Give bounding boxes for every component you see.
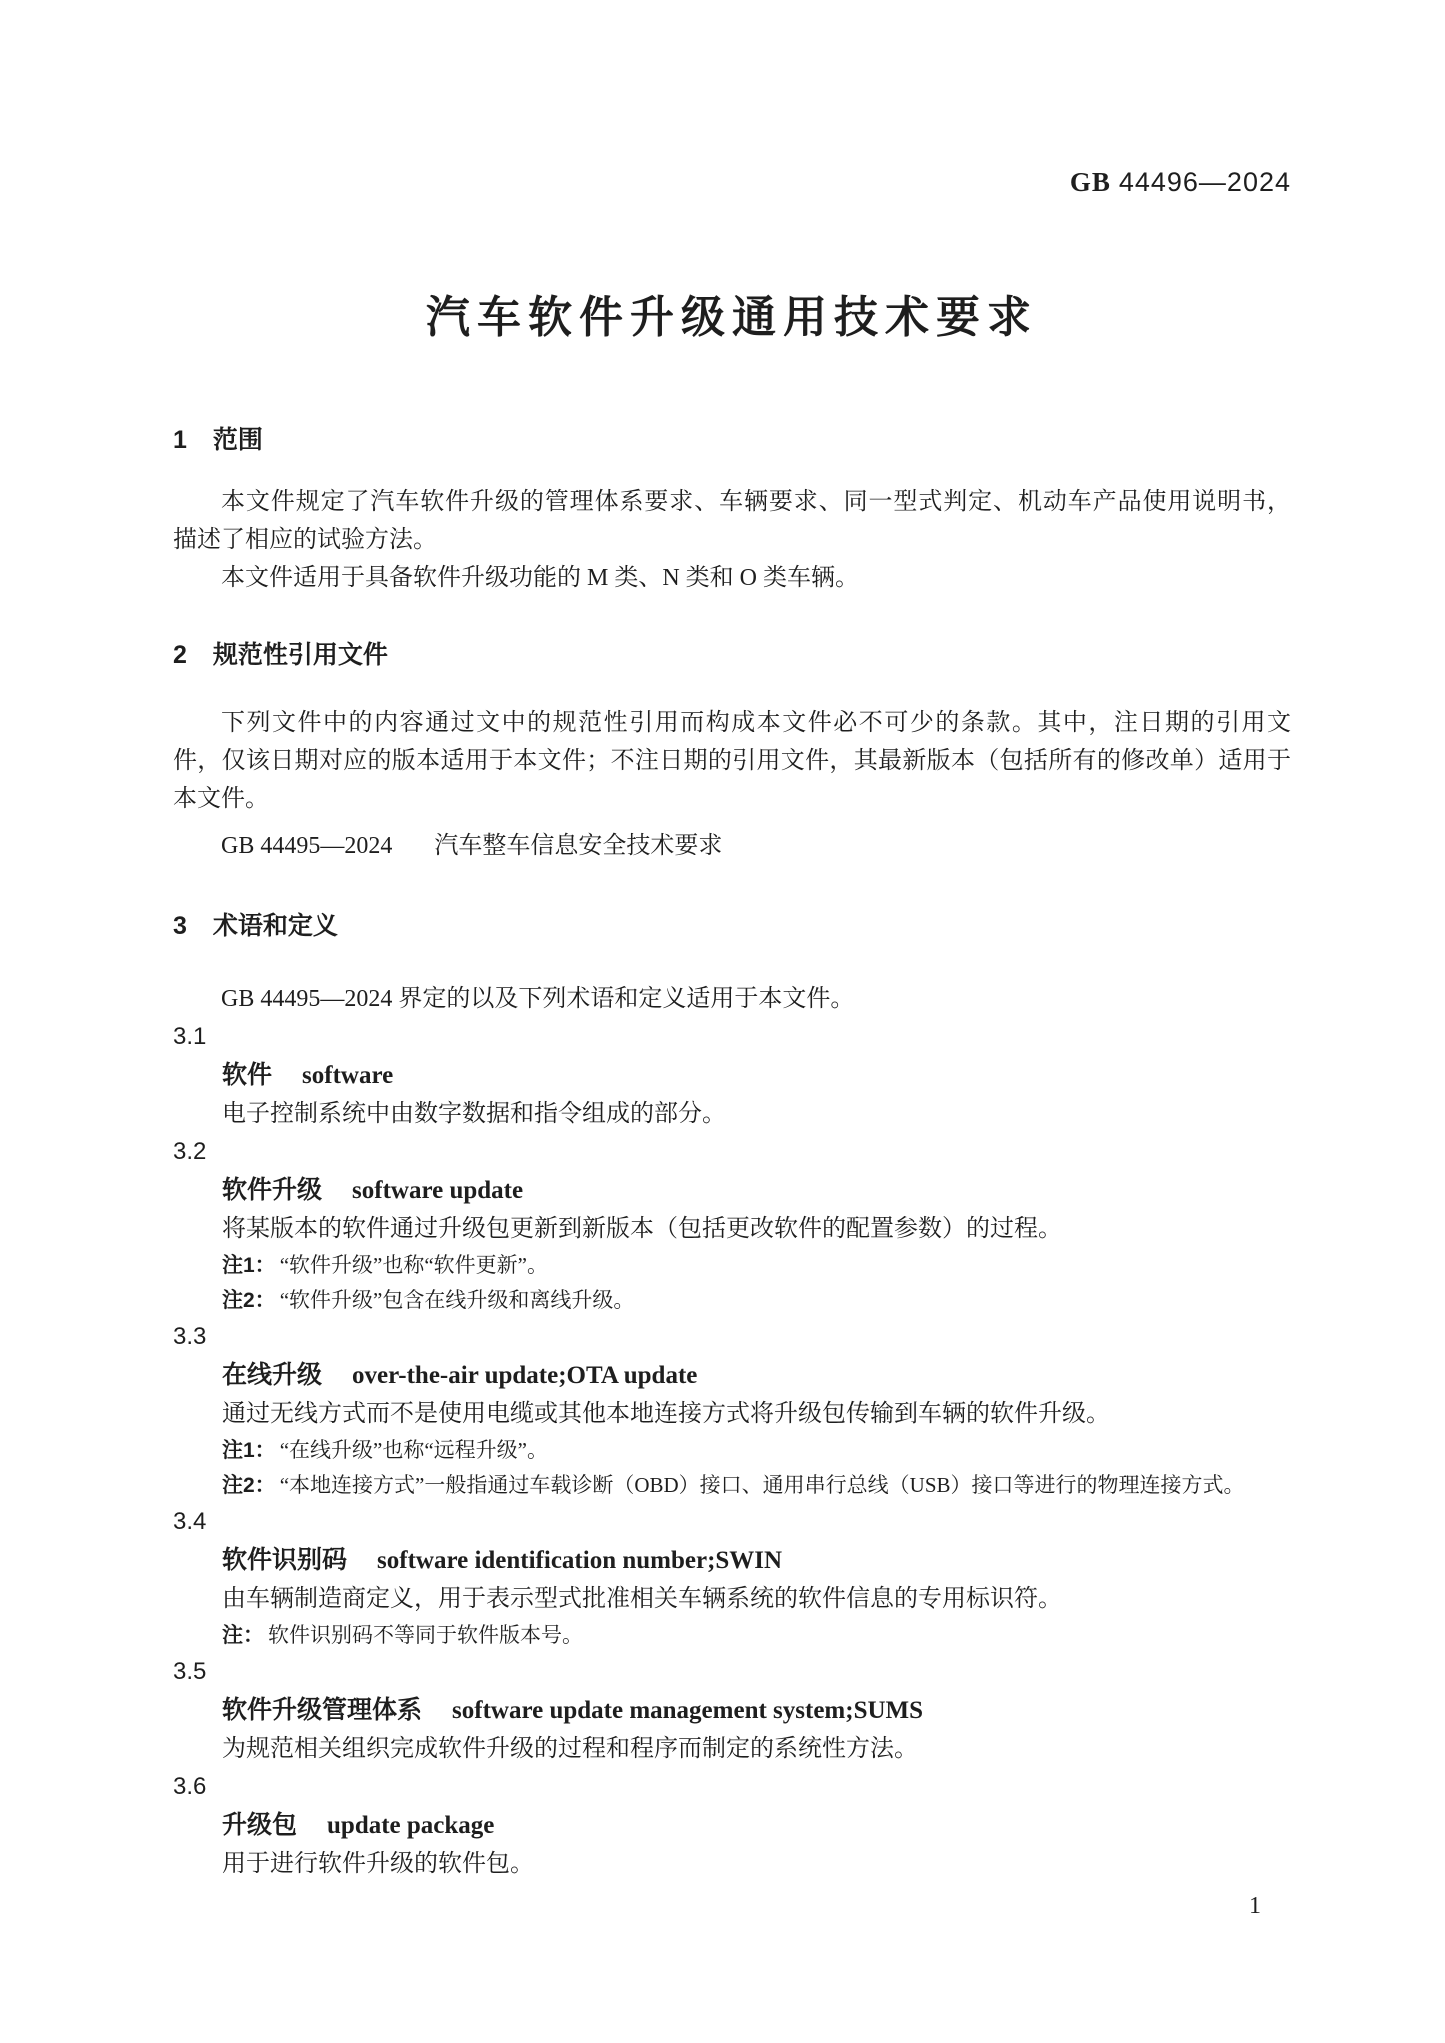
term-3-2: 3.2 软件升级software update 将某版本的软件通过升级包更新到新… <box>173 1133 1291 1318</box>
terms-intro-paragraph: GB 44495—2024 界定的以及下列术语和定义适用于本文件。 <box>173 980 1291 1018</box>
term-3-5-en: software update management system;SUMS <box>452 1697 923 1724</box>
term-3-6-heading: 升级包update package <box>222 1806 1291 1845</box>
scope-paragraph-1: 本文件规定了汽车软件升级的管理体系要求、车辆要求、同一型式判定、机动车产品使用说… <box>173 483 1291 559</box>
references-paragraph-line-3: 本文件。 <box>173 780 1291 818</box>
term-3-3-definition: 通过无线方式而不是使用电缆或其他本地连接方式将升级包传输到车辆的软件升级。 <box>222 1395 1291 1433</box>
document-page: GB44496—2024 汽车软件升级通用技术要求 1范围 本文件规定了汽车软件… <box>0 0 1445 2043</box>
reference-entry: GB 44495—2024汽车整车信息安全技术要求 <box>173 827 1291 865</box>
term-3-5-heading: 软件升级管理体系software update management syste… <box>222 1691 1291 1730</box>
section-2-heading: 2规范性引用文件 <box>173 636 1291 674</box>
reference-title: 汽车整车信息安全技术要求 <box>434 833 722 859</box>
term-3-5-zh: 软件升级管理体系 <box>222 1696 422 1724</box>
note-label: 注1： <box>222 1439 276 1462</box>
terms-list: 3.1 软件software 电子控制系统中由数字数据和指令组成的部分。 3.2… <box>173 1018 1291 1883</box>
note-text: “软件升级”包含在线升级和离线升级。 <box>280 1288 635 1312</box>
note-label: 注1： <box>222 1254 276 1277</box>
note-text: 软件识别码不等同于软件版本号。 <box>268 1623 583 1647</box>
term-3-3-en: over-the-air update;OTA update <box>352 1362 697 1389</box>
section-3-heading: 3术语和定义 <box>173 907 1291 945</box>
section-2-number: 2 <box>173 641 187 669</box>
term-3-2-zh: 软件升级 <box>222 1176 322 1204</box>
section-1-heading: 1范围 <box>173 421 1291 459</box>
term-3-6-en: update package <box>327 1812 494 1839</box>
scope-paragraph-1-line-2: 描述了相应的试验方法。 <box>173 521 1291 559</box>
references-paragraph: 下列文件中的内容通过文中的规范性引用而构成本文件必不可少的条款。其中，注日期的引… <box>173 704 1291 818</box>
term-3-6-definition: 用于进行软件升级的软件包。 <box>222 1845 1291 1883</box>
scope-paragraph-2: 本文件适用于具备软件升级功能的 M 类、N 类和 O 类车辆。 <box>173 559 1291 597</box>
note-label: 注2： <box>222 1474 276 1497</box>
references-paragraph-line-2: 件，仅该日期对应的版本适用于本文件；不注日期的引用文件，其最新版本（包括所有的修… <box>173 742 1291 780</box>
term-3-4-en: software identification number;SWIN <box>377 1547 782 1574</box>
term-3-5-definition: 为规范相关组织完成软件升级的过程和程序而制定的系统性方法。 <box>222 1730 1291 1768</box>
term-3-2-note-1: 注1：“软件升级”也称“软件更新”。 <box>222 1248 1291 1283</box>
term-3-3-zh: 在线升级 <box>222 1361 322 1389</box>
references-paragraph-line-1: 下列文件中的内容通过文中的规范性引用而构成本文件必不可少的条款。其中，注日期的引… <box>173 704 1291 742</box>
standard-code: 44496—2024 <box>1119 167 1291 197</box>
term-3-1-zh: 软件 <box>222 1061 272 1089</box>
standard-number: GB44496—2024 <box>173 166 1291 198</box>
term-3-2-note-2: 注2：“软件升级”包含在线升级和离线升级。 <box>222 1283 1291 1318</box>
reference-code: GB 44495—2024 <box>221 833 392 859</box>
scope-paragraph-1-line-1: 本文件规定了汽车软件升级的管理体系要求、车辆要求、同一型式判定、机动车产品使用说… <box>173 483 1291 521</box>
term-3-1-en: software <box>302 1062 393 1089</box>
term-3-3-note-2: 注2：“本地连接方式”一般指通过车载诊断（OBD）接口、通用串行总线（USB）接… <box>222 1468 1291 1503</box>
document-title: 汽车软件升级通用技术要求 <box>173 293 1291 343</box>
section-2-title: 规范性引用文件 <box>213 641 388 669</box>
section-1-number: 1 <box>173 426 187 454</box>
term-3-3-note-1: 注1：“在线升级”也称“远程升级”。 <box>222 1433 1291 1468</box>
section-3-number: 3 <box>173 912 187 940</box>
term-3-6-zh: 升级包 <box>222 1811 297 1839</box>
term-3-4-definition: 由车辆制造商定义，用于表示型式批准相关车辆系统的软件信息的专用标识符。 <box>222 1580 1291 1618</box>
term-3-4-heading: 软件识别码software identification number;SWIN <box>222 1541 1291 1580</box>
term-3-1-number: 3.1 <box>173 1018 1291 1056</box>
note-label: 注2： <box>222 1289 276 1312</box>
note-text: “软件升级”也称“软件更新”。 <box>280 1253 548 1277</box>
term-3-2-definition: 将某版本的软件通过升级包更新到新版本（包括更改软件的配置参数）的过程。 <box>222 1210 1291 1248</box>
term-3-6-number: 3.6 <box>173 1768 1291 1806</box>
term-3-4-zh: 软件识别码 <box>222 1546 347 1574</box>
section-1-title: 范围 <box>213 426 263 454</box>
term-3-4: 3.4 软件识别码software identification number;… <box>173 1503 1291 1653</box>
note-text: “本地连接方式”一般指通过车载诊断（OBD）接口、通用串行总线（USB）接口等进… <box>280 1473 1245 1497</box>
page-number: 1 <box>173 1891 1291 1921</box>
term-3-4-number: 3.4 <box>173 1503 1291 1541</box>
term-3-2-heading: 软件升级software update <box>222 1171 1291 1210</box>
term-3-3: 3.3 在线升级over-the-air update;OTA update 通… <box>173 1318 1291 1503</box>
standard-prefix: GB <box>1070 167 1111 197</box>
section-3-title: 术语和定义 <box>213 912 338 940</box>
term-3-5-number: 3.5 <box>173 1653 1291 1691</box>
terms-intro-line: GB 44495—2024 界定的以及下列术语和定义适用于本文件。 <box>173 980 1291 1018</box>
term-3-4-note-1: 注：软件识别码不等同于软件版本号。 <box>222 1618 1291 1653</box>
term-3-2-en: software update <box>352 1177 523 1204</box>
term-3-6: 3.6 升级包update package 用于进行软件升级的软件包。 <box>173 1768 1291 1883</box>
scope-paragraph-2-line-1: 本文件适用于具备软件升级功能的 M 类、N 类和 O 类车辆。 <box>173 559 1291 597</box>
term-3-1-definition: 电子控制系统中由数字数据和指令组成的部分。 <box>222 1095 1291 1133</box>
term-3-1-heading: 软件software <box>222 1056 1291 1095</box>
term-3-1: 3.1 软件software 电子控制系统中由数字数据和指令组成的部分。 <box>173 1018 1291 1133</box>
term-3-2-number: 3.2 <box>173 1133 1291 1171</box>
term-3-5: 3.5 软件升级管理体系software update management s… <box>173 1653 1291 1768</box>
note-label: 注： <box>222 1624 264 1647</box>
term-3-3-number: 3.3 <box>173 1318 1291 1356</box>
term-3-3-heading: 在线升级over-the-air update;OTA update <box>222 1356 1291 1395</box>
note-text: “在线升级”也称“远程升级”。 <box>280 1438 548 1462</box>
